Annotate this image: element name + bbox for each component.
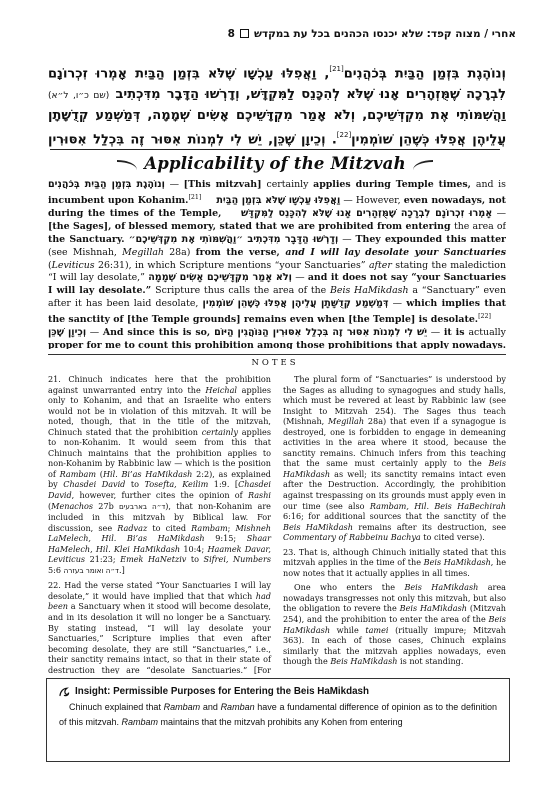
text-segment: (שם כ״ו, ל״א) (48, 91, 109, 101)
text-segment: Emek HaNetziv (120, 554, 186, 564)
text-segment: 10:4; (180, 544, 207, 554)
text-segment: 22. Had the verse stated “Your Sanctuari… (48, 580, 271, 601)
text-segment: Beis HaMikdash (283, 522, 353, 532)
text-segment: Chasdei David (63, 479, 125, 489)
page-number: 8 (228, 28, 235, 40)
book-page: אחרי / מצוה קפד: שלא יכנסו הכהנים בכל עת… (0, 0, 550, 786)
text-segment: Radvaz (117, 523, 147, 533)
text-segment: 28a) (169, 247, 195, 258)
text-segment (226, 208, 241, 221)
text-segment: Commentary of Rabbeinu Bachya (283, 532, 421, 542)
text-segment (491, 314, 506, 327)
text-segment: [the Sages], of blessed memory, stated t… (48, 221, 454, 232)
text-segment: while (330, 625, 365, 635)
text-segment: certainly (202, 427, 238, 437)
text-segment: וְלֹא אָמַר מִקְדָּשֵׁיכֶם אָשִׂים שְׁמָ… (148, 272, 292, 283)
text-segment: Menachos (51, 501, 93, 511)
text-segment: , however, further cites the opinion of (72, 490, 248, 500)
open-square-icon (240, 29, 249, 38)
text-segment: is not standing. (397, 656, 463, 666)
text-segment: it is (444, 327, 469, 338)
text-segment: 6:16; for additional sources that the sa… (283, 511, 506, 521)
text-segment: Megillah (328, 416, 364, 426)
text-segment: — (338, 234, 355, 245)
footnote-ref: [22] (478, 313, 491, 320)
running-header: אחרי / מצוה קפד: שלא יכנסו הכהנים בכל עת… (48, 28, 516, 40)
insight-title: Insight: Permissible Purposes for Enteri… (75, 686, 369, 697)
section-divider-rule (50, 149, 500, 150)
insight-box: Insight: Permissible Purposes for Enteri… (46, 678, 510, 762)
text-segment: incumbent upon Kohanim. (48, 195, 188, 206)
text-segment: a Sanctuary when it stood will become de… (48, 601, 271, 674)
text-segment: certainly (266, 179, 313, 190)
text-segment: (see Mishnah, (48, 247, 122, 258)
note-paragraph: 22. Had the verse stated “Your Sanctuari… (48, 580, 271, 674)
insight-body: Chinuch explained that Rambam and Ramban… (59, 700, 497, 729)
footnote-ref: [21] (329, 65, 343, 73)
text-segment: and is (476, 179, 506, 190)
text-segment: יֵשׁ לִי לִמְנוֹת אִסּוּר זֶה בִּכְלַל א… (214, 327, 427, 338)
text-segment: 21:23; (85, 554, 120, 564)
text-segment: Chinuch explained that (69, 702, 164, 712)
notes-columns: 21. Chinuch indicates here that the proh… (48, 374, 506, 674)
applicability-title-text: Applicability of the Mitzvah (144, 154, 406, 173)
text-segment: Rambam, Hil. Beis HaBechirah (370, 501, 506, 511)
text-segment: remains after its destruction, see (353, 522, 506, 532)
text-segment (201, 195, 216, 208)
text-segment: ( (96, 469, 103, 479)
text-segment: Rambam (122, 717, 159, 727)
translation-commentary-paragraph: וְנוֹהֶגֶת בִּזְמַן הַבַּיִת בְּכֹהֲנִים… (48, 179, 506, 349)
text-segment: וַאֲפִלּוּ עַכְשָׁו שֶׁלֹּא בִּזְמַן הַב… (216, 195, 340, 206)
text-segment: 27b (93, 501, 119, 511)
leaf-ornament-icon (59, 687, 71, 697)
text-segment: to cited (147, 523, 191, 533)
text-segment: וְנוֹהֶגֶת בִּזְמַן הַבַּיִת בְּכֹהֲנִים (48, 179, 165, 190)
text-segment: [This mitzvah] (184, 179, 267, 190)
notes-right-column: The plural form of “Sanctuaries” is unde… (283, 374, 506, 674)
text-segment: to (186, 554, 203, 564)
text-segment: וְנוֹהֶגֶת בִּזְמַן הַבַּיִת בְּכֹהֲנִים (344, 66, 506, 81)
note-paragraph: 23. That is, although Chinuch initially … (283, 547, 506, 579)
text-segment: One who enters the (294, 582, 404, 592)
running-header-title: אחרי / מצוה קפד: שלא יכנסו הכהנים בכל עת… (254, 28, 516, 40)
text-segment: .] (119, 565, 125, 575)
text-segment: maintains that the mitzvah prohibits any… (158, 717, 403, 727)
note-paragraph: The plural form of “Sanctuaries” is unde… (283, 374, 506, 543)
applicability-section-title: Applicability of the Mitzvah (0, 154, 550, 173)
notes-left-column: 21. Chinuch indicates here that the proh… (48, 374, 271, 674)
text-segment: 5:6 (48, 565, 64, 575)
text-segment: — (86, 327, 103, 338)
text-segment: from the verse, (196, 247, 286, 258)
note-paragraph: 21. Chinuch indicates here that the proh… (48, 374, 271, 576)
text-segment: Rambam (191, 523, 227, 533)
text-segment: Beis HaMikdash (330, 656, 397, 666)
text-segment: proper for me to count this prohibition … (48, 340, 506, 349)
text-segment: ד״ה בארבעים (119, 502, 165, 511)
footnote-ref: [22] (337, 131, 351, 139)
text-segment: and (200, 702, 220, 712)
footnote-ref: [21] (188, 194, 201, 201)
text-segment: 1:9. [ (208, 479, 238, 489)
text-segment: Megillah (122, 247, 169, 258)
text-segment: ד״ה ואומר בעזרה (64, 566, 119, 575)
text-segment: to (125, 479, 144, 489)
text-segment: 26:31), in which Scripture mentions “you… (98, 260, 369, 271)
text-segment: Beis HaMikdash (400, 603, 467, 613)
text-segment: Rashi (248, 490, 271, 500)
text-segment: וְדָרְשׁוּ הַדָּבָר מִדִּכְתִיב ״וַהֲשִׁ… (129, 234, 339, 245)
text-segment: tamei (365, 625, 388, 635)
text-segment: and I will lay desolate your Sanctuaries (285, 247, 506, 258)
text-segment: Ramban (221, 702, 255, 712)
text-segment: וְכֵיוָן שֶׁכֵּן (48, 327, 86, 338)
text-segment: Scripture thus calls the area of the (155, 285, 330, 296)
swash-right-icon (413, 160, 433, 170)
text-segment: Heichal (205, 385, 237, 395)
text-segment: דְּמַשְׁמַע קְדֻשָּׁתָן עֲלֵיהֶן אֲפִלּו… (203, 298, 389, 309)
swash-left-icon (117, 160, 137, 170)
text-segment: the area of (454, 221, 506, 232)
text-segment: 9:15; (205, 533, 247, 543)
insight-heading: Insight: Permissible Purposes for Enteri… (59, 686, 497, 697)
text-segment: — (492, 208, 506, 219)
text-segment: Beis HaMikdash (330, 285, 412, 296)
text-segment: Rambam (60, 469, 96, 479)
text-segment: ; (228, 523, 236, 533)
text-segment: — (389, 298, 407, 309)
text-segment: אָמְרוּ זִכְרוֹנָם לִבְרָכָה שֶׁמֻּזְהָר… (241, 208, 492, 219)
text-segment: Beis HaMikdash (404, 582, 478, 592)
text-segment: Rambam (164, 702, 201, 712)
notes-section-label: NOTES (0, 358, 550, 368)
text-segment: — (427, 327, 444, 338)
hebrew-source-paragraph: וְנוֹהֶגֶת בִּזְמַן הַבַּיִת בְּכֹהֲנִים… (48, 60, 506, 148)
text-segment: — (292, 272, 308, 283)
text-segment: applies during Temple times, (313, 179, 476, 190)
text-segment: Hil. Bi’as HaMikdash (103, 469, 192, 479)
notes-divider-rule (48, 354, 506, 355)
text-segment: — However, (340, 195, 403, 206)
text-segment: Beis HaMikdash (424, 557, 491, 567)
text-segment: Sifrei, Numbers (204, 554, 271, 564)
text-segment: They expounded this matter (356, 234, 506, 245)
text-segment: Tosefta, Keilim (145, 479, 209, 489)
text-segment: after (369, 260, 395, 271)
text-segment: — (165, 179, 184, 190)
text-segment: to cited verse). (421, 532, 485, 542)
text-segment: And since this is so, (103, 327, 214, 338)
note-paragraph: One who enters the Beis HaMikdash area n… (283, 582, 506, 666)
text-segment: Leviticus (52, 260, 98, 271)
text-segment: actually (468, 327, 506, 338)
text-segment: the Sanctuary. (48, 234, 129, 245)
